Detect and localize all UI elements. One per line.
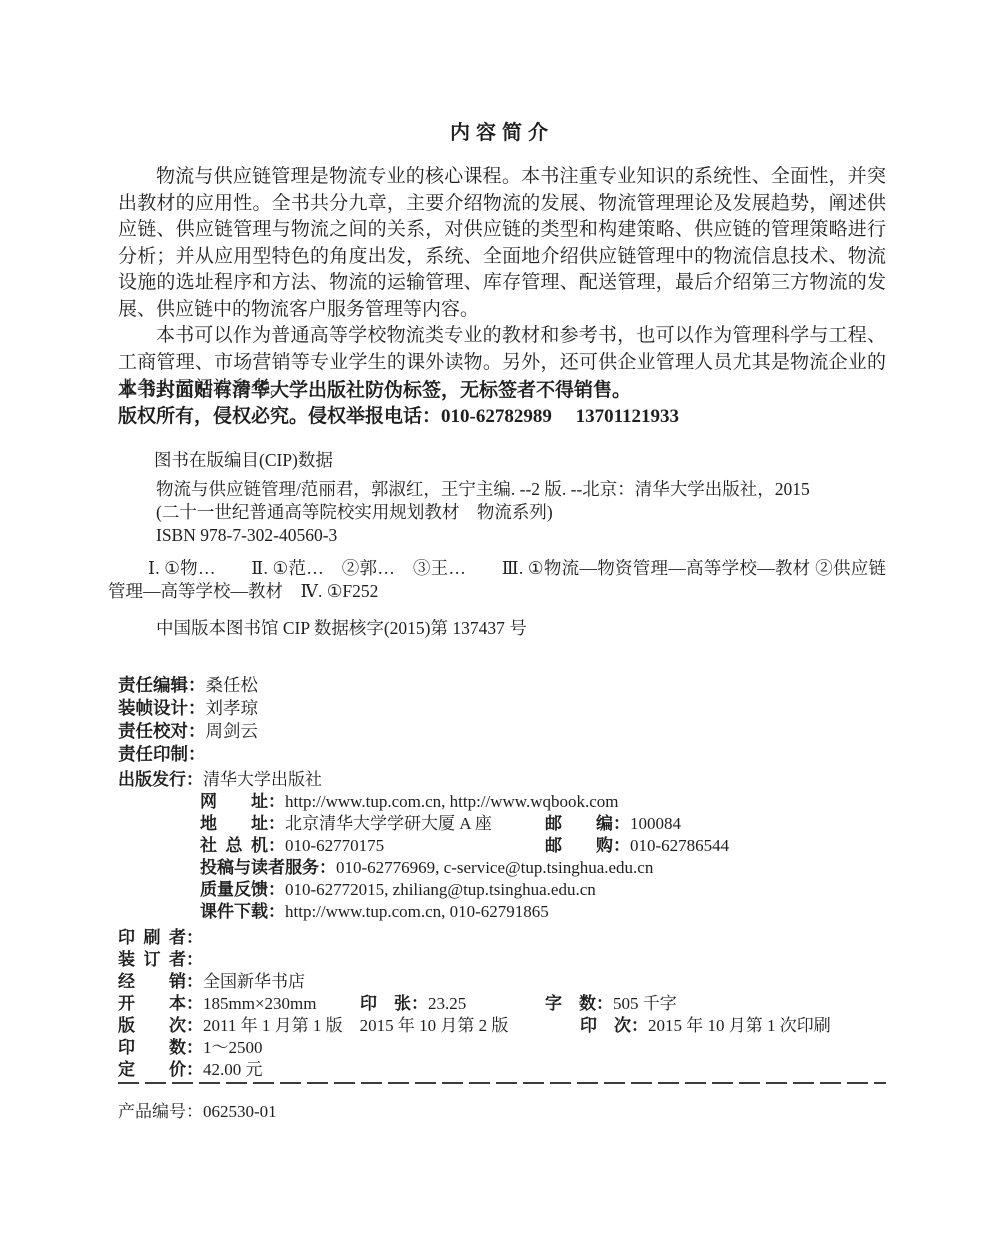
sheets-group: 印 张：23.25	[360, 993, 466, 1015]
edition-label: 版 次：	[118, 1016, 203, 1035]
word-count-value: 505 千字	[613, 994, 677, 1013]
courseware-download-label: 课件下载：	[200, 902, 285, 921]
word-count-group: 字 数：505 千字	[545, 993, 677, 1015]
postcode-label: 邮 编：	[545, 814, 630, 833]
distributor-label: 经 销：	[118, 972, 203, 991]
mail-order-value: 010-62786544	[630, 836, 729, 855]
impression-value: 2015 年 10 月第 1 次印刷	[648, 1016, 831, 1035]
courseware-download-row: 课件下载：http://www.tup.com.cn, 010-62791865	[118, 901, 886, 923]
credit-row-print-supervisor: 责任印制：	[118, 743, 258, 766]
format-label: 开 本：	[118, 994, 203, 1013]
word-count-label: 字 数：	[545, 994, 613, 1013]
credits-block: 责任编辑：桑任松 装帧设计：刘孝琼 责任校对：周剑云 责任印制：	[118, 674, 258, 766]
sheets-label: 印 张：	[360, 994, 428, 1013]
distributor-value: 全国新华书店	[203, 972, 305, 991]
address-row: 地 址：北京清华大学学研大厦 A 座 邮 编：100084	[118, 813, 886, 835]
website-value: http://www.tup.com.cn, http://www.wqbook…	[285, 792, 619, 811]
edition-row: 版 次：2011 年 1 月第 1 版 2015 年 10 月第 2 版 印 次…	[118, 1015, 886, 1037]
credit-label: 责任编辑：	[118, 675, 206, 695]
quality-feedback-row: 质量反馈：010-62772015, zhiliang@tup.tsinghua…	[118, 879, 886, 901]
postcode-value: 100084	[630, 814, 681, 833]
product-number-label: 产品编号：	[118, 1102, 203, 1121]
edition-value: 2011 年 1 月第 1 版 2015 年 10 月第 2 版	[203, 1016, 508, 1035]
cip-series: (二十一世纪普通高等院校实用规划教材 物流系列)	[156, 501, 886, 524]
cip-data-block: 物流与供应链管理/范丽君，郭淑红，王宁主编. --2 版. --北京：清华大学出…	[156, 478, 886, 547]
publisher-row: 出版发行：清华大学出版社	[118, 769, 886, 791]
product-number-row: 产品编号：062530-01	[118, 1097, 277, 1122]
format-value: 185mm×230mm	[203, 994, 316, 1013]
printing-block: 印 刷 者： 装 订 者： 经 销：全国新华书店 开 本：185mm×230mm…	[118, 927, 886, 1081]
cip-isbn: ISBN 978-7-302-40560-3	[156, 524, 886, 547]
address-label: 地 址：	[200, 814, 285, 833]
price-value: 42.00 元	[203, 1060, 263, 1079]
switchboard-label: 社 总 机：	[200, 836, 285, 855]
print-run-row: 印 数：1～2500	[118, 1037, 886, 1059]
credit-row-proofreader: 责任校对：周剑云	[118, 720, 258, 743]
quality-feedback-label: 质量反馈：	[200, 880, 285, 899]
switchboard-row: 社 总 机：010-62770175 邮 购：010-62786544	[118, 835, 886, 857]
credit-row-editor: 责任编辑：桑任松	[118, 674, 258, 697]
cip-classification: Ⅰ. ①物… Ⅱ. ①范… ②郭… ③王… Ⅲ. ①物流—物资管理—高等学校—教…	[108, 557, 886, 603]
credit-value: 周剑云	[206, 721, 259, 741]
print-run-value: 1～2500	[203, 1038, 263, 1057]
print-run-label: 印 数：	[118, 1038, 203, 1057]
mail-order-group: 邮 购：010-62786544	[545, 835, 729, 857]
credit-label: 装帧设计：	[118, 698, 206, 718]
quality-feedback-value: 010-62772015, zhiliang@tup.tsinghua.edu.…	[285, 880, 596, 899]
website-label: 网 址：	[200, 792, 285, 811]
price-row: 定 价：42.00 元	[118, 1059, 886, 1081]
impression-label: 印 次：	[580, 1016, 648, 1035]
sheets-value: 23.25	[428, 994, 466, 1013]
switchboard-value: 010-62770175	[285, 836, 384, 855]
dashed-divider	[118, 1082, 886, 1084]
anti-piracy-line: 本书封面贴有清华大学出版社防伪标签，无标签者不得销售。	[118, 378, 886, 404]
publisher-name: 清华大学出版社	[203, 770, 322, 789]
printer-row: 印 刷 者：	[118, 927, 886, 949]
cip-record-number: 中国版本图书馆 CIP 数据核字(2015)第 137437 号	[156, 615, 527, 640]
publisher-label: 出版发行：	[118, 770, 203, 789]
credit-value: 桑任松	[206, 675, 259, 695]
impression-group: 印 次：2015 年 10 月第 1 次印刷	[580, 1015, 831, 1037]
format-row: 开 本：185mm×230mm 印 张：23.25 字 数：505 千字	[118, 993, 886, 1015]
binder-label: 装 订 者：	[118, 950, 203, 969]
price-label: 定 价：	[118, 1060, 203, 1079]
reader-service-row: 投稿与读者服务：010-62776969, c-service@tup.tsin…	[118, 857, 886, 879]
binder-row: 装 订 者：	[118, 949, 886, 971]
book-summary: 物流与供应链管理是物流专业的核心课程。本书注重专业知识的系统性、全面性，并突出教…	[118, 164, 886, 403]
postcode-group: 邮 编：100084	[545, 813, 681, 835]
copyright-page: 内容简介 物流与供应链管理是物流专业的核心课程。本书注重专业知识的系统性、全面性…	[0, 0, 1000, 1235]
credit-label: 责任印制：	[118, 744, 206, 764]
courseware-download-value: http://www.tup.com.cn, 010-62791865	[285, 902, 549, 921]
mail-order-label: 邮 购：	[545, 836, 630, 855]
reader-service-label: 投稿与读者服务：	[200, 858, 336, 877]
cip-heading: 图书在版编目(CIP)数据	[154, 447, 333, 472]
printer-label: 印 刷 者：	[118, 928, 203, 947]
website-row: 网 址：http://www.tup.com.cn, http://www.wq…	[118, 791, 886, 813]
address-value: 北京清华大学学研大厦 A 座	[285, 814, 492, 833]
reader-service-value: 010-62776969, c-service@tup.tsinghua.edu…	[336, 858, 653, 877]
anti-piracy-notice: 本书封面贴有清华大学出版社防伪标签，无标签者不得销售。 版权所有，侵权必究。侵权…	[118, 378, 886, 430]
publisher-block: 出版发行：清华大学出版社 网 址：http://www.tup.com.cn, …	[118, 769, 886, 923]
page-title: 内容简介	[118, 116, 886, 145]
summary-paragraph-1: 物流与供应链管理是物流专业的核心课程。本书注重专业知识的系统性、全面性，并突出教…	[118, 164, 886, 323]
credit-label: 责任校对：	[118, 721, 206, 741]
piracy-report-phone-line: 版权所有，侵权必究。侵权举报电话：010-62782989 1370112193…	[118, 404, 886, 430]
credit-value: 刘孝琼	[206, 698, 259, 718]
distributor-row: 经 销：全国新华书店	[118, 971, 886, 993]
credit-row-designer: 装帧设计：刘孝琼	[118, 697, 258, 720]
product-number-value: 062530-01	[203, 1102, 277, 1121]
cip-description: 物流与供应链管理/范丽君，郭淑红，王宁主编. --2 版. --北京：清华大学出…	[156, 478, 886, 501]
